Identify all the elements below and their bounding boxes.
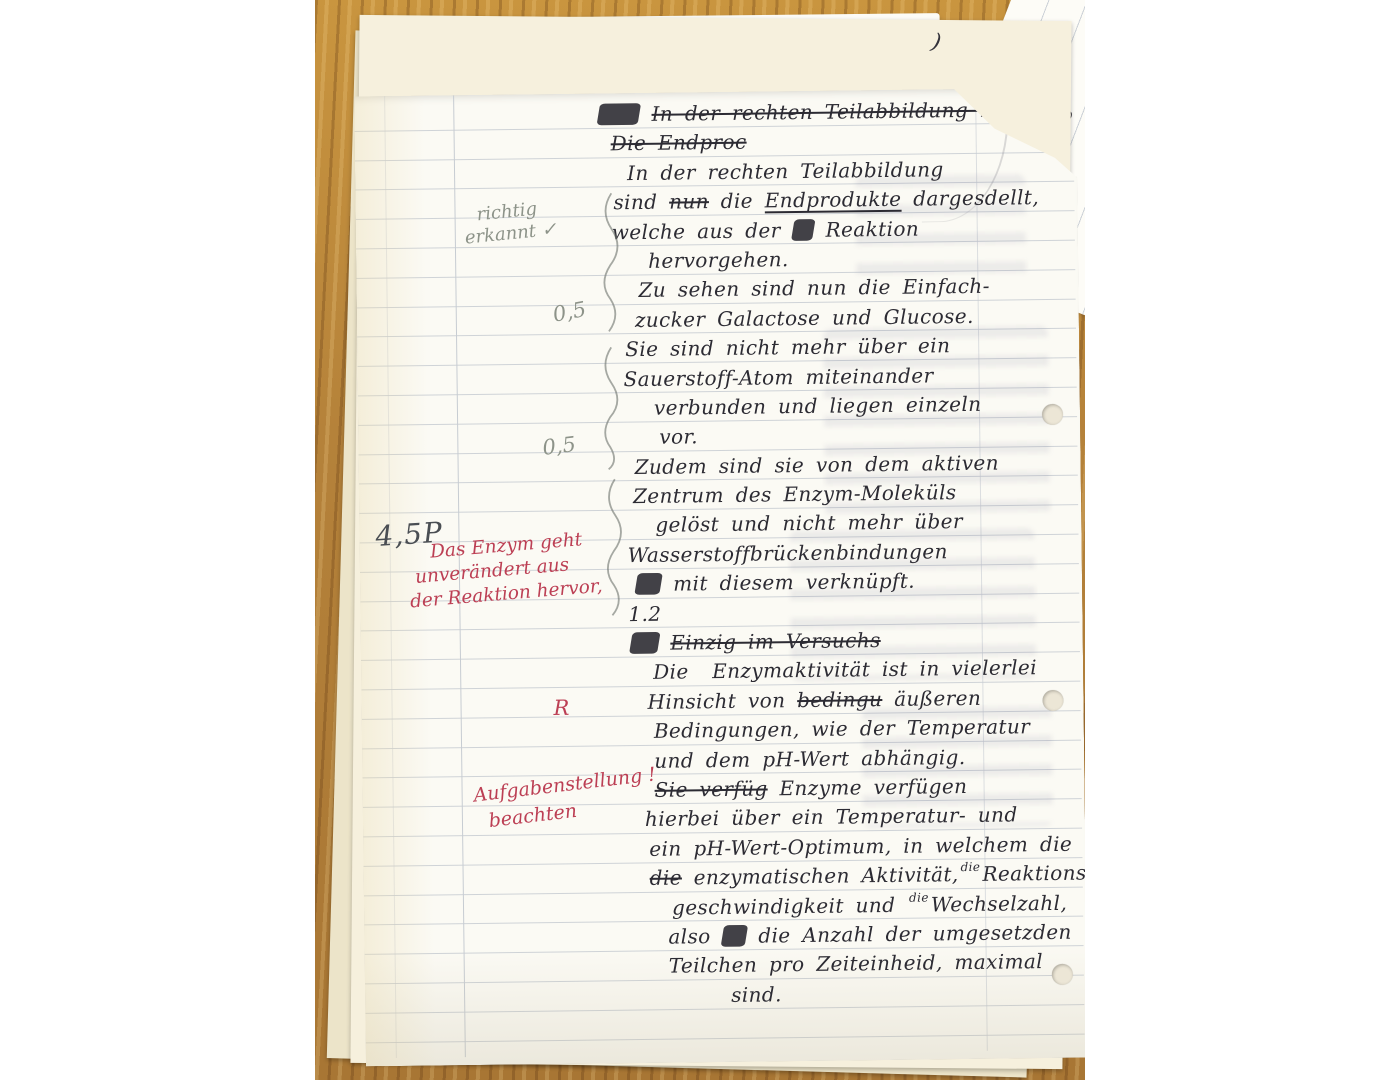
punch-hole — [1042, 404, 1063, 425]
handwriting-segment: Zu sehen sind nun die Einfach- — [638, 274, 990, 302]
handwriting-segment: In der rechten Teilabbildung ist — [651, 97, 1006, 125]
punch-hole — [1052, 964, 1073, 985]
handwriting-segment: Sauerstoff-Atom miteinander — [623, 363, 933, 391]
handwriting-segment: In der rechten Teilabbildung — [627, 157, 944, 185]
handwriting-segment: äußeren — [882, 686, 981, 711]
handwriting-segment: verbunden und liegen einzeln — [654, 392, 982, 420]
handwriting-segment: bedingu — [797, 687, 882, 712]
handwriting-segment: m — [634, 573, 663, 595]
handwriting-segment: zucker Galactose und Glucose. — [635, 304, 974, 332]
handwriting-line: Teilchen pro Zeiteinheid, maximal — [669, 946, 1085, 980]
handwriting-segment: E. — [629, 632, 660, 654]
handwriting-segment: Vor — [597, 103, 642, 125]
handwriting-segment: & — [721, 925, 749, 947]
handwriting-segment: also — [668, 924, 722, 949]
handwriting: Vor In der rechten Teilabbildung istDie … — [610, 94, 1085, 1011]
handwriting-segment: sind — [613, 190, 669, 215]
handwriting-segment: hervorgehen. — [648, 247, 789, 273]
handwriting-segment: dargesdellt, — [901, 185, 1039, 211]
handwriting-segment: Die Enzymaktivität ist in vielerlei — [653, 656, 1037, 685]
handwriting-segment: Einzig im Versuchs — [670, 628, 881, 655]
handwriting-segment: Endprodukte — [765, 187, 902, 213]
handwriting-segment: Teilchen pro Zeiteinheid, maximal — [669, 949, 1044, 978]
handwriting-segment: vor. — [659, 425, 698, 449]
handwriting-segment: Reaktion — [814, 216, 920, 241]
handwriting-segment: ein pH-Wert-Optimum, in welchem die — [649, 831, 1072, 860]
handwriting-segment: gelöst und nicht mehr über — [655, 510, 963, 538]
handwriting-segment: Sie verfüg — [654, 776, 767, 801]
handwriting-segment: Die Endproc — [611, 130, 747, 156]
handwriting-line: Bedingungen, wie der Temperatur — [654, 711, 1084, 746]
handwriting-segment: welche aus der — [612, 218, 793, 244]
handwriting-segment: Bedingungen, wie der Temperatur — [654, 714, 1031, 743]
handwriting-segment — [640, 102, 652, 126]
handwriting-line: sind nun die Endprodukte dargesdellt, — [613, 182, 1077, 217]
handwriting-segment: Hinsicht von — [647, 688, 797, 714]
handwriting-segment: und dem pH-Wert abhängig. — [654, 745, 966, 773]
handwriting-line: Die Enzymaktivität ist in vielerlei — [653, 652, 1083, 687]
handwriting-line: die enzymatischen Aktivität,dieReaktions… — [649, 858, 1085, 893]
handwriting-segment: sind. — [731, 982, 782, 1007]
handwriting-segment — [658, 631, 670, 655]
handwriting-segment: Reaktions- — [982, 861, 1085, 886]
handwriting-segment: die Anzahl der umgesetzden — [746, 920, 1071, 948]
handwriting-segment: Sie sind nicht mehr über ein — [625, 333, 950, 361]
handwriting-segment: die — [709, 189, 765, 214]
handwriting-segment: geschwindigkeit und — [672, 892, 907, 919]
handwriting-segment: hierbei über ein Temperatur- und — [645, 803, 1018, 832]
handwriting-segment: mit diesem verknüpft. — [661, 569, 915, 596]
notebook-page: Vor In der rechten Teilabbildung istDie … — [354, 88, 1085, 1067]
handwriting-segment: die — [960, 860, 980, 874]
handwriting-segment: R — [791, 219, 816, 241]
pencil-score-2: 0,5 — [541, 432, 577, 460]
photo-area: Lactose-über- oderOptimum, sEnz ) Vor In… — [315, 0, 1085, 1080]
handwriting-line: sind. — [731, 975, 1085, 1009]
handwriting-segment: Zudem sind sie von dem aktiven — [634, 450, 999, 478]
handwriting-segment: die — [909, 890, 929, 904]
handwriting-segment: Wechselzahl, — [931, 890, 1068, 916]
handwriting-segment: Zentrum des Enzym-Moleküls — [633, 480, 957, 508]
handwriting-segment: die — [650, 866, 683, 890]
handwriting-segment: enzymatischen Aktivität, — [682, 862, 959, 889]
photo-of-handwritten-notes: Lactose-über- oderOptimum, sEnz ) Vor In… — [0, 0, 1397, 1080]
handwriting-segment: 1.2 — [628, 601, 661, 625]
punch-hole — [1042, 690, 1063, 711]
red-letter-r: R — [553, 696, 569, 720]
pencil-note-correct: richtig erkannt ✓ — [476, 197, 558, 249]
handwriting-segment: Wasserstoffbrückenbindungen — [628, 539, 948, 567]
handwriting-segment: nun — [669, 189, 709, 213]
handwriting-segment: Enzyme verfügen — [768, 774, 968, 800]
